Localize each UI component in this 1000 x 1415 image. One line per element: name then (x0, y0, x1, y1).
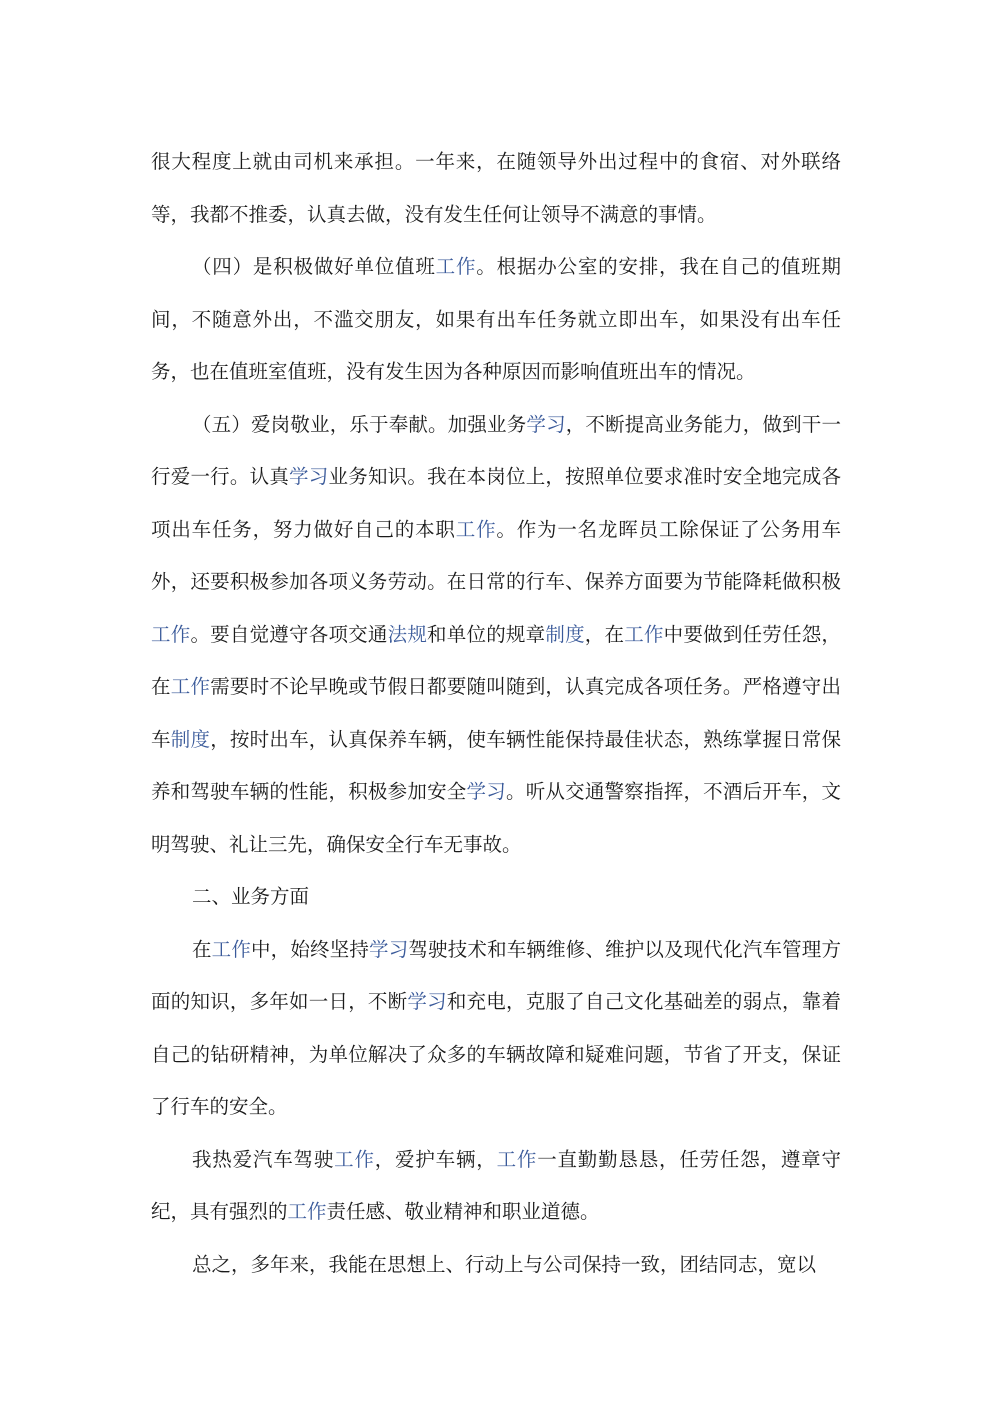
paragraph-text: 我热爱汽车驾驶 (192, 1148, 334, 1171)
paragraph: （四）是积极做好单位值班工作。根据办公室的安排，我在自己的值班期间，不随意外出，… (151, 241, 841, 399)
paragraph: 总之，多年来，我能在思想上、行动上与公司保持一致，团结同志，宽以 (151, 1239, 841, 1292)
paragraph-text: 中，始终坚持 (251, 938, 369, 961)
paragraph-text: 责任感、敬业精神和职业道德。 (327, 1200, 600, 1223)
keyword-link[interactable]: 学习 (407, 990, 446, 1013)
paragraph-text: （四）是积极做好单位值班 (192, 255, 436, 278)
paragraph-text: 很大程度上就由司机来承担。一年来，在随领导外出过程中的食宿、对外联络等，我都不推… (151, 150, 841, 226)
keyword-link[interactable]: 制度 (171, 728, 210, 751)
keyword-link[interactable]: 工作 (288, 1200, 327, 1223)
keyword-link[interactable]: 工作 (436, 255, 477, 278)
keyword-link[interactable]: 工作 (334, 1148, 375, 1171)
keyword-link[interactable]: 工作 (212, 938, 251, 961)
paragraph: 我热爱汽车驾驶工作，爱护车辆，工作一直勤勤恳恳，任劳任怨，遵章守纪，具有强烈的工… (151, 1134, 841, 1239)
paragraph-text: 二、业务方面 (192, 885, 309, 908)
keyword-link[interactable]: 法规 (388, 623, 427, 646)
paragraph-text: 和单位的规章 (427, 623, 545, 646)
keyword-link[interactable]: 工作 (151, 623, 190, 646)
keyword-link[interactable]: 工作 (171, 675, 210, 698)
document-page: 很大程度上就由司机来承担。一年来，在随领导外出过程中的食宿、对外联络等，我都不推… (0, 0, 1000, 1415)
paragraph-text: （五）爱岗敬业，乐于奉献。加强业务 (192, 413, 526, 436)
keyword-link[interactable]: 制度 (545, 623, 584, 646)
paragraph-text: ，爱护车辆， (375, 1148, 497, 1171)
paragraph-text: 。要自觉遵守各项交通 (190, 623, 387, 646)
keyword-link[interactable]: 工作 (456, 518, 497, 541)
keyword-link[interactable]: 学习 (467, 780, 506, 803)
keyword-link[interactable]: 学习 (526, 413, 565, 436)
document-body: 很大程度上就由司机来承担。一年来，在随领导外出过程中的食宿、对外联络等，我都不推… (151, 136, 841, 1291)
paragraph: 很大程度上就由司机来承担。一年来，在随领导外出过程中的食宿、对外联络等，我都不推… (151, 136, 841, 241)
keyword-link[interactable]: 学习 (369, 938, 408, 961)
paragraph-text: 在 (192, 938, 212, 961)
keyword-link[interactable]: 工作 (624, 623, 663, 646)
paragraph: 二、业务方面 (151, 871, 841, 924)
paragraph-text: ，在 (585, 623, 624, 646)
keyword-link[interactable]: 学习 (289, 465, 328, 488)
keyword-link[interactable]: 工作 (497, 1148, 538, 1171)
paragraph: （五）爱岗敬业，乐于奉献。加强业务学习，不断提高业务能力，做到干一行爱一行。认真… (151, 399, 841, 872)
paragraph-text: 总之，多年来，我能在思想上、行动上与公司保持一致，团结同志，宽以 (192, 1253, 816, 1276)
paragraph: 在工作中，始终坚持学习驾驶技术和车辆维修、维护以及现代化汽车管理方面的知识，多年… (151, 924, 841, 1134)
